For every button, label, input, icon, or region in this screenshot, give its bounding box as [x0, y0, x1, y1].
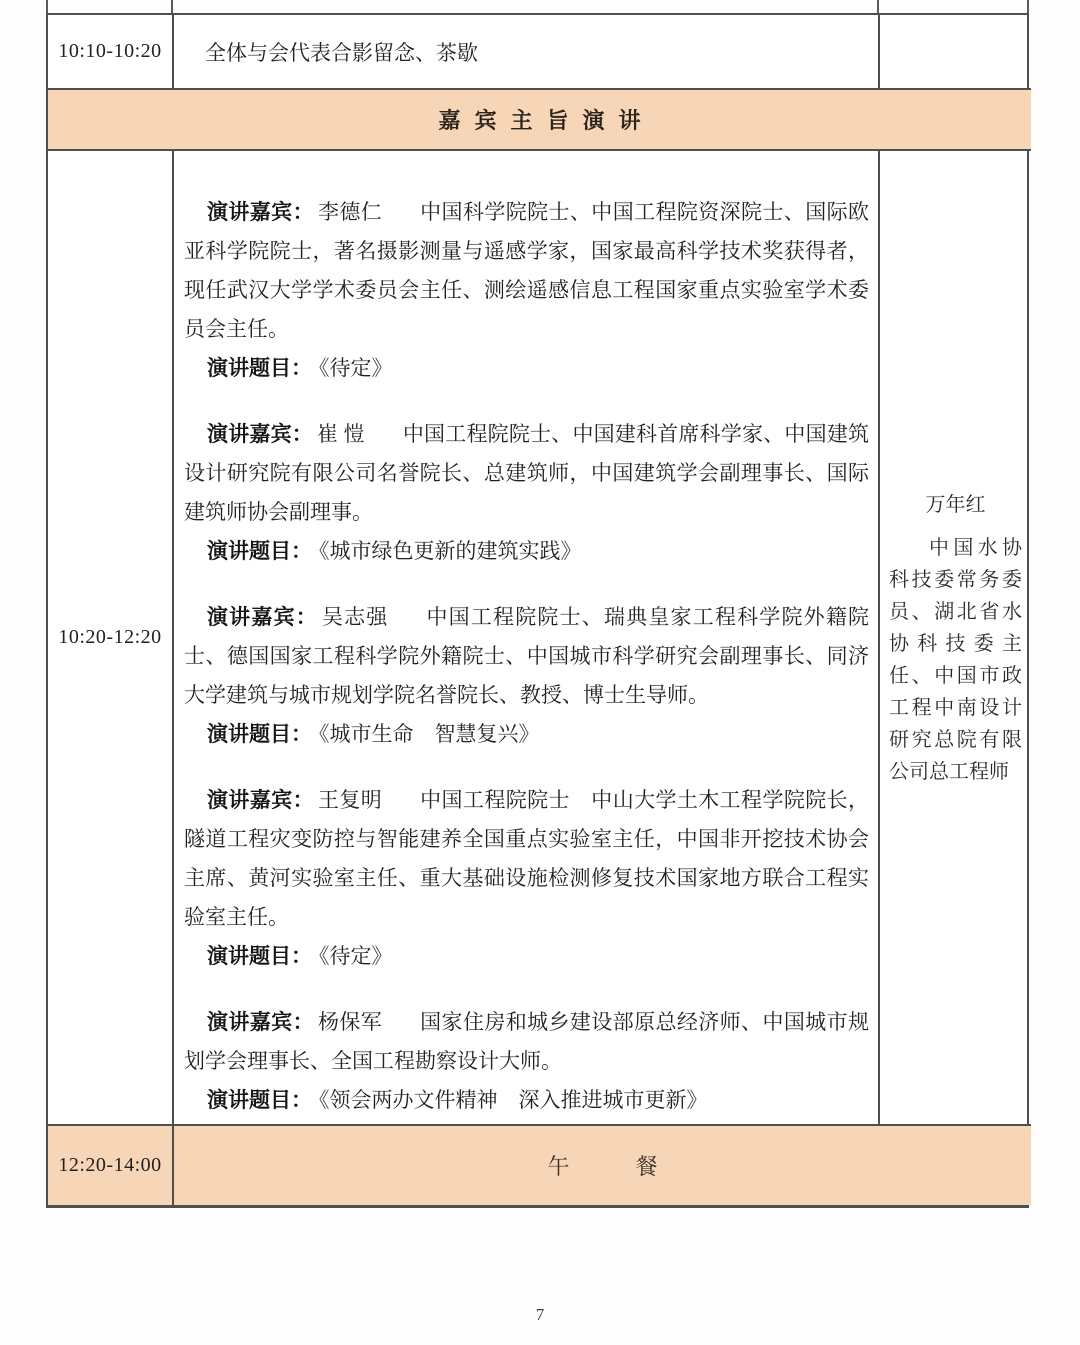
photo-row-content: 全体与会代表合影留念、茶歇: [174, 15, 880, 90]
table-top-stub-col1: [171, 0, 173, 13]
keynote-row-time: 10:20-12:20: [48, 151, 174, 1126]
lunch-row-time: 12:20-14:00: [48, 1126, 174, 1205]
photo-row-time: 10:10-10:20: [48, 15, 174, 90]
speaker-label: 演讲嘉宾：: [207, 422, 313, 446]
lunch-row-content: 午 餐: [174, 1126, 1031, 1205]
speaker-line: 演讲嘉宾：崔 愷中国工程院院士、中国建科首席科学家、中国建筑设计研究院有限公司名…: [184, 415, 869, 532]
speaker-block: 演讲嘉宾：吴志强中国工程院院士、瑞典皇家工程科学院外籍院士、德国国家工程科学院外…: [184, 598, 869, 754]
photo-row-empty-cell: [880, 15, 1031, 90]
title-label: 演讲题目：: [207, 1088, 312, 1112]
speaker-name: 杨保军: [318, 1010, 382, 1034]
speaker-name: 吴志强: [322, 605, 389, 629]
speaker-line: 演讲嘉宾：王复明中国工程院院士 中山大学土木工程学院院长，隧道工程灾变防控与智能…: [184, 781, 869, 937]
host-desc: 中国水协科技委常务委员、湖北省水协科技委主任、中国市政工程中南设计研究总院有限公…: [889, 532, 1022, 788]
speaker-block: 演讲嘉宾：杨保军国家住房和城乡建设部原总经济师、中国城市规划学会理事长、全国工程…: [184, 1003, 869, 1120]
title-label: 演讲题目：: [207, 944, 312, 968]
speaker-line: 演讲嘉宾：李德仁中国科学院院士、中国工程院资深院士、国际欧亚科学院院士，著名摄影…: [184, 193, 869, 349]
title-label: 演讲题目：: [207, 722, 312, 746]
title-line: 演讲题目：《城市生命 智慧复兴》: [184, 715, 869, 754]
title-label: 演讲题目：: [207, 539, 312, 563]
speaker-label: 演讲嘉宾：: [207, 1010, 314, 1034]
title-line: 演讲题目：《待定》: [184, 937, 869, 976]
speech-title: 《城市生命 智慧复兴》: [319, 722, 540, 746]
speaker-label: 演讲嘉宾：: [207, 788, 314, 812]
speech-title: 《城市绿色更新的建筑实践》: [319, 539, 582, 563]
speaker-block: 演讲嘉宾：李德仁中国科学院院士、中国工程院资深院士、国际欧亚科学院院士，著名摄影…: [184, 193, 869, 388]
title-line: 演讲题目：《城市绿色更新的建筑实践》: [184, 532, 869, 571]
speaker-label: 演讲嘉宾：: [207, 200, 314, 224]
keynote-speakers-cell: 演讲嘉宾：李德仁中国科学院院士、中国工程院资深院士、国际欧亚科学院院士，著名摄影…: [174, 151, 880, 1126]
speaker-line: 演讲嘉宾：吴志强中国工程院院士、瑞典皇家工程科学院外籍院士、德国国家工程科学院外…: [184, 598, 869, 715]
page-number: 7: [0, 1305, 1080, 1325]
title-line: 演讲题目：《待定》: [184, 349, 869, 388]
speaker-label: 演讲嘉宾：: [207, 605, 318, 629]
host-name: 万年红: [926, 488, 986, 517]
speaker-line: 演讲嘉宾：杨保军国家住房和城乡建设部原总经济师、中国城市规划学会理事长、全国工程…: [184, 1003, 869, 1081]
agenda-table: 10:10-10:20 全体与会代表合影留念、茶歇 嘉宾主旨演讲 10:20-1…: [46, 13, 1029, 1208]
table-top-stub-left: [46, 0, 48, 13]
speech-title: 《待定》: [319, 356, 393, 380]
title-line: 演讲题目：《领会两办文件精神 深入推进城市更新》: [184, 1081, 869, 1120]
speaker-name: 王复明: [318, 788, 382, 812]
section-header: 嘉宾主旨演讲: [48, 90, 1031, 151]
speaker-name: 李德仁: [318, 200, 382, 224]
speaker-block: 演讲嘉宾：王复明中国工程院院士 中山大学土木工程学院院长，隧道工程灾变防控与智能…: [184, 781, 869, 976]
table-top-stub-col2: [877, 0, 879, 13]
table-top-stub-right: [1027, 0, 1029, 13]
title-label: 演讲题目：: [207, 356, 312, 380]
speaker-block: 演讲嘉宾：崔 愷中国工程院院士、中国建科首席科学家、中国建筑设计研究院有限公司名…: [184, 415, 869, 571]
speech-title: 《领会两办文件精神 深入推进城市更新》: [319, 1088, 708, 1112]
speaker-name: 崔 愷: [317, 422, 365, 446]
speech-title: 《待定》: [319, 944, 393, 968]
keynote-host-cell: 万年红 中国水协科技委常务委员、湖北省水协科技委主任、中国市政工程中南设计研究总…: [880, 151, 1031, 1126]
